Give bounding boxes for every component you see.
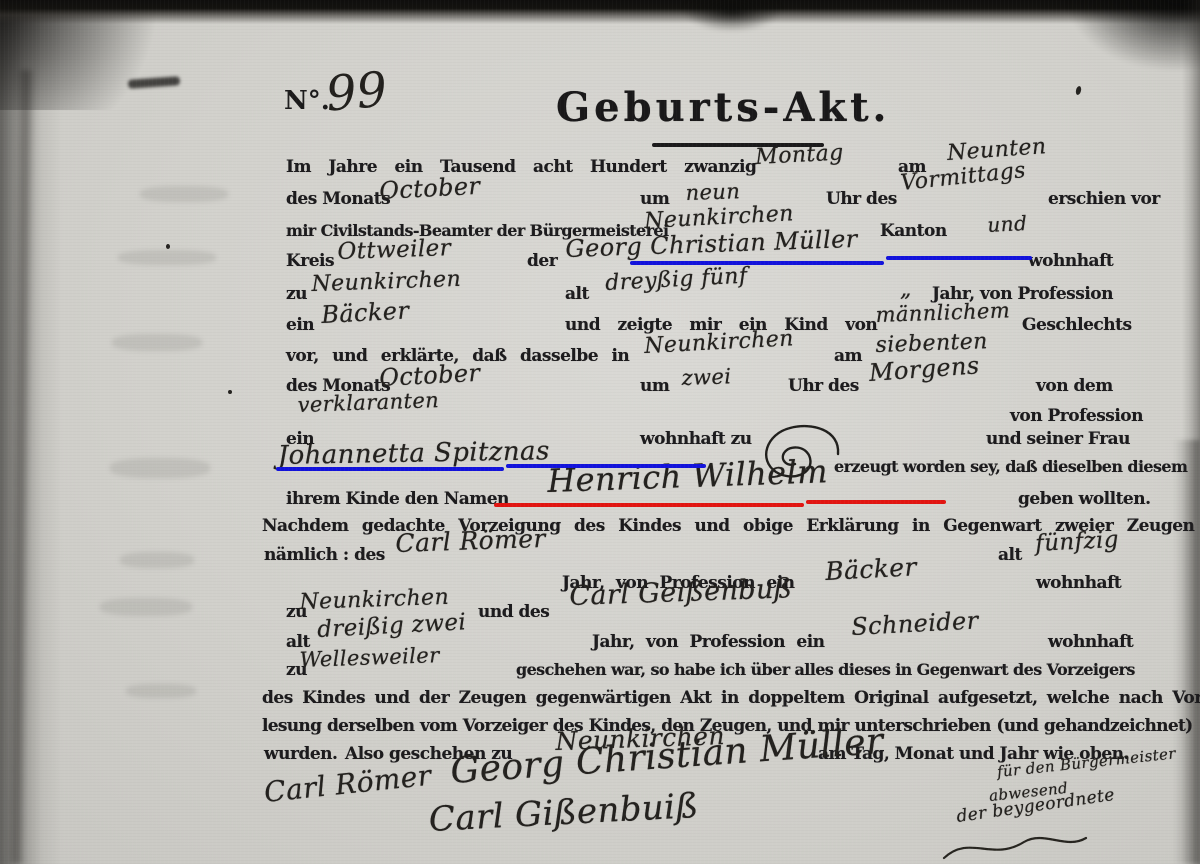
mother-name-underline — [276, 467, 504, 471]
book-binding-left-shadow — [0, 0, 62, 864]
father-profession: Bäcker — [321, 297, 410, 328]
line1-printed: Im Jahre ein Tausend acht Hundert zwanzi… — [286, 158, 756, 177]
ink-speck — [166, 244, 170, 249]
document-title: Geburts-Akt. — [556, 84, 890, 131]
declarant-note: verklaranten — [297, 389, 439, 417]
line18-printed: geschehen war, so habe ich über alles di… — [516, 661, 1135, 679]
line5-alt: alt — [565, 285, 589, 304]
line12-printed: ihrem Kinde den Namen — [286, 490, 509, 509]
scan-top-ink-blob — [682, 0, 782, 32]
witness2-profession: Schneider — [851, 607, 980, 640]
line2-uhr-des: Uhr des — [826, 190, 897, 209]
line14-alt: alt — [998, 546, 1022, 565]
line4-wohnhaft: wohnhaft — [1028, 252, 1113, 271]
scanned-birth-record-page: { "document": { "kind": "civil-registry-… — [0, 0, 1200, 864]
hour-value: neun — [685, 180, 740, 205]
birth-month: October — [379, 360, 481, 392]
bleedthrough-smudge — [110, 458, 210, 478]
signature-carl-roemer: Carl Römer — [263, 761, 433, 809]
line6-geschlechts: Geschlechts — [1022, 316, 1132, 335]
father-name-underline — [630, 261, 884, 265]
page-fold-line — [7, 70, 35, 864]
line17-wohnhaft: wohnhaft — [1048, 633, 1133, 652]
witness1-name: Carl Römer — [395, 525, 546, 558]
line19-printed: des Kindes und der Zeugen gegenwärtigen … — [262, 689, 1200, 708]
witness2-age: dreißig zwei — [317, 610, 467, 643]
line8-uhr-des: Uhr des — [788, 377, 859, 396]
bleedthrough-smudge — [118, 250, 216, 265]
kreis-value: Ottweiler — [337, 236, 451, 265]
line10-wohnhaft-zu: wohnhaft zu — [640, 430, 752, 449]
line2-um: um — [640, 190, 669, 209]
bleedthrough-smudge — [120, 552, 194, 568]
birth-hour: zwei — [681, 365, 732, 390]
birth-place: Neunkirchen — [644, 327, 795, 359]
line8-um: um — [640, 377, 669, 396]
line8-von-dem: von dem — [1036, 377, 1113, 396]
page-right-edge-shadow-lower — [1174, 440, 1200, 864]
line3-kanton: Kanton — [880, 222, 947, 241]
line2-des-monats: des Monats — [286, 190, 390, 209]
child-name-underline — [494, 503, 804, 507]
binding-corner-top-left — [0, 0, 170, 110]
witness1-age: fünfzig — [1035, 528, 1120, 558]
bleedthrough-smudge — [100, 598, 192, 616]
line12-geben-wollten: geben wollten. — [1018, 490, 1151, 509]
birth-daytime: Morgens — [868, 352, 980, 386]
line4-der: der — [527, 252, 557, 271]
witness2-residence: Wellesweiler — [299, 644, 440, 672]
ink-speck — [1075, 86, 1082, 96]
signature-carl-gissenbuiss: Carl Gißenbuiß — [428, 788, 699, 839]
line7-am: am — [834, 347, 862, 366]
scan-top-dark-band — [0, 0, 1200, 24]
binding-corner-top-right — [1068, 0, 1200, 70]
month-value: October — [379, 173, 481, 205]
father-residence: Neunkirchen — [311, 268, 461, 297]
line21-wurden: wurden. — [264, 745, 337, 764]
line11-printed: erzeugt worden sey, daß dieselben diesem — [834, 458, 1187, 476]
line3-und: und — [987, 212, 1028, 236]
line16-und-des: und des — [478, 603, 549, 622]
child-name-underline — [806, 500, 946, 504]
bleedthrough-smudge — [126, 684, 196, 698]
child-sex: männlichem — [875, 299, 1010, 327]
child-name: Henrich Wilhelm — [547, 454, 829, 499]
line6-ein: ein — [286, 316, 314, 335]
ink-speck — [228, 390, 232, 394]
witness2-name: Carl Geißenbuß — [569, 574, 793, 611]
line10-und-seiner-frau: und seiner Frau — [986, 430, 1130, 449]
document-number-value: 99 — [324, 61, 390, 122]
bleedthrough-smudge — [140, 186, 228, 202]
line9-von-profession: von Profession — [1010, 407, 1143, 426]
weekday-value: Montag — [755, 141, 845, 170]
ink-flourish-note — [940, 832, 1090, 864]
line15-wohnhaft: wohnhaft — [1036, 574, 1121, 593]
witness1-profession: Bäcker — [825, 553, 918, 585]
mother-name-underline — [506, 464, 706, 468]
father-age: dreyßig fünf — [605, 265, 748, 297]
line4-kreis: Kreis — [286, 252, 334, 271]
line5-zu: zu — [286, 285, 307, 304]
line14-naemlich-des: nämlich : des — [264, 546, 385, 565]
binding-corner-mark — [128, 76, 181, 89]
line17-printed: Jahr, von Profession ein — [592, 633, 825, 652]
bleedthrough-smudge — [112, 334, 202, 351]
father-name-underline — [886, 256, 1032, 260]
line2-erschien-vor: erschien vor — [1048, 190, 1160, 209]
document-number-label: N°. — [284, 86, 330, 116]
ditto-mark: „ — [900, 278, 912, 302]
